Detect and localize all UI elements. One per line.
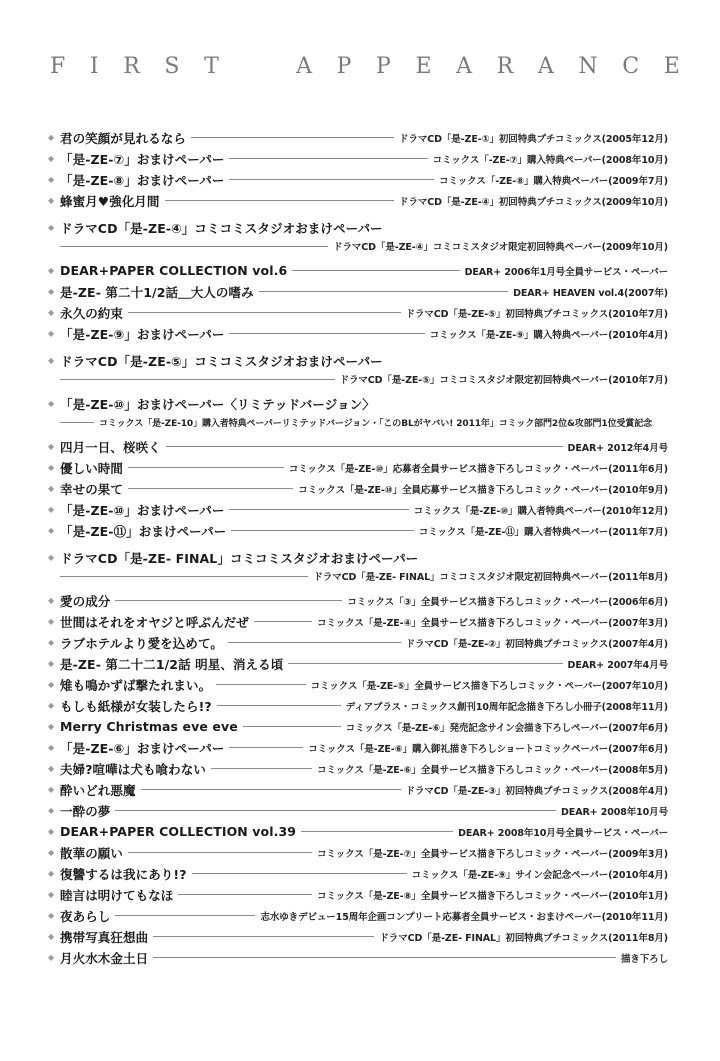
list-item: ◆君の笑顔が見れるならドラマCD「是-ZE-①」初回特典プチコミックス(2005… [48, 127, 668, 148]
list-item: ◆睦言は明けてもなほコミックス「是-ZE-⑧」全員サービス描き下ろしコミック・ペ… [48, 884, 668, 905]
leader-line [229, 747, 303, 748]
entry-source: ドラマCD「是-ZE-④」初回特典プチコミックス(2009年10月) [399, 194, 668, 208]
entry-source: ドラマCD「是-ZE-②」初回特典プチコミックス(2007年4月) [406, 636, 668, 650]
entry-row: ◆「是-ZE-⑨」おまけペーパーコミックス「是-ZE-⑨」購入特典ペーパー(20… [48, 323, 668, 344]
entry-row: ◆酔いどれ悪魔ドラマCD「是-ZE-③」初回特典プチコミックス(2008年4月) [48, 779, 668, 800]
diamond-bullet-icon: ◆ [48, 702, 60, 710]
list-item: ◆酔いどれ悪魔ドラマCD「是-ZE-③」初回特典プチコミックス(2008年4月) [48, 779, 668, 800]
diamond-bullet-icon: ◆ [48, 309, 60, 317]
list-item: ◆「是-ZE-⑨」おまけペーパーコミックス「是-ZE-⑨」購入特典ペーパー(20… [48, 323, 668, 344]
entry-row: ◆復讐するは我にあり!?コミックス「是-ZE-⑨」サイン会記念ペーパー(2010… [48, 863, 668, 884]
entry-row: ◆「是-ZE-⑪」おまけペーパーコミックス「是-ZE-⑪」購入者特典ペーパー(2… [48, 520, 668, 541]
entry-title: 優しい時間 [60, 459, 123, 477]
entry-source: ドラマCD「是-ZE-⑤」コミコミスタジオ限定初回特典ペーパー(2010年7月) [340, 372, 668, 386]
list-item: ◆世間はそれをオヤジと呼ぶんだぜコミックス「是-ZE-④」全員サービス描き下ろし… [48, 611, 668, 632]
entry-row: ◆携帯写真狂想曲ドラマCD「是-ZE- FINAL」初回特典プチコミックス(20… [48, 926, 668, 947]
list-item: ◆Merry Christmas eve eveコミックス「是-ZE-⑥」発売記… [48, 716, 668, 737]
first-appearance-list: ◆君の笑顔が見れるならドラマCD「是-ZE-①」初回特典プチコミックス(2005… [48, 127, 668, 968]
leader-line [128, 467, 284, 468]
entry-source: 志水ゆきデビュー15周年企画コンプリート応募者全員サービス・おまけペーパー(20… [260, 909, 668, 923]
entry-title-row: ◆「是-ZE-⑩」おまけペーパー〈リミテッドバージョン〉 [48, 393, 668, 414]
list-item: ◆蜂蜜月♥強化月間ドラマCD「是-ZE-④」初回特典プチコミックス(2009年1… [48, 190, 668, 211]
leader-line [231, 530, 414, 531]
leader-line [153, 936, 374, 937]
list-item: ◆「是-ZE-⑥」おまけペーパーコミックス「是-ZE-⑥」購入御礼描き下ろしショ… [48, 737, 668, 758]
entry-title: 「是-ZE-⑩」おまけペーパー〈リミテッドバージョン〉 [60, 395, 375, 413]
leader-line [115, 810, 556, 811]
entry-title: 「是-ZE-⑩」おまけペーパー [60, 501, 224, 519]
title-letter: I [90, 54, 99, 79]
entry-title: 「是-ZE-⑦」おまけペーパー [60, 150, 224, 168]
list-item: ◆是-ZE- 第二十1/2話＿大人の嗜みDEAR+ HEAVEN vol.4(2… [48, 281, 668, 302]
entry-source: ドラマCD「是-ZE-⑤」初回特典プチコミックス(2010年7月) [406, 306, 668, 320]
list-item: ◆一酔の夢DEAR+ 2008年10月号 [48, 800, 668, 821]
entry-source: ドラマCD「是-ZE-①」初回特典プチコミックス(2005年12月) [399, 131, 668, 145]
title-letter: E [415, 54, 431, 79]
diamond-bullet-icon: ◆ [48, 224, 60, 232]
entry-source: コミックス「是-ZE-⑦」全員サービス描き下ろしコミック・ペーパー(2009年3… [317, 846, 668, 860]
diamond-bullet-icon: ◆ [48, 744, 60, 752]
entry-row: ◆夫婦?喧嘩は犬も喰わないコミックス「是-ZE-⑥」全員サービス描き下ろしコミッ… [48, 758, 668, 779]
entry-title: 「是-ZE-⑥」おまけペーパー [60, 739, 224, 757]
entry-source: DEAR+ 2008年10月号 [561, 804, 668, 818]
entry-source: ドラマCD「是-ZE- FINAL」コミコミスタジオ限定初回特典ペーパー(201… [313, 569, 668, 583]
title-letter: C [622, 54, 639, 79]
entry-source: コミックス「是-ZE-⑩」購入者特典ペーパー(2010年12月) [414, 503, 668, 517]
list-item: ◆月火水木金土日描き下ろし [48, 947, 668, 968]
entry-title: ドラマCD「是-ZE- FINAL」コミコミスタジオおまけペーパー [60, 549, 418, 567]
entry-source: DEAR+ 2008年10月号全員サービス・ペーパー [458, 825, 668, 839]
diamond-bullet-icon: ◆ [48, 618, 60, 626]
diamond-bullet-icon: ◆ [48, 870, 60, 878]
title-letter: N [578, 54, 597, 79]
entry-row: ◆夜あらし志水ゆきデビュー15周年企画コンプリート応募者全員サービス・おまけペー… [48, 905, 668, 926]
entry-row: ◆「是-ZE-⑧」おまけペーパーコミックス「-ZE-⑧」購入特典ペーパー(200… [48, 169, 668, 190]
entry-title: 酔いどれ悪魔 [60, 781, 136, 799]
leader-line [301, 831, 453, 832]
diamond-bullet-icon: ◆ [48, 786, 60, 794]
diamond-bullet-icon: ◆ [48, 400, 60, 408]
entry-source: コミックス「是-ZE-⑥」全員サービス描き下ろしコミック・ペーパー(2008年5… [317, 762, 668, 776]
entry-title: 四月一日、桜咲く [60, 438, 161, 456]
diamond-bullet-icon: ◆ [48, 912, 60, 920]
list-item: ◆DEAR+PAPER COLLECTION vol.39DEAR+ 2008年… [48, 821, 668, 842]
leader-line [254, 621, 312, 622]
entry-row: ◆是-ZE- 第二十1/2話＿大人の嗜みDEAR+ HEAVEN vol.4(2… [48, 281, 668, 302]
title-letter: E [664, 54, 680, 79]
list-item: ◆四月一日、桜咲くDEAR+ 2012年4月号 [48, 436, 668, 457]
diamond-bullet-icon: ◆ [48, 527, 60, 535]
list-item: ◆ドラマCD「是-ZE- FINAL」コミコミスタジオおまけペーパードラマCD「… [48, 547, 668, 584]
leader-line [259, 291, 508, 292]
leader-line [128, 312, 401, 313]
title-gap [243, 54, 271, 79]
title-letter: P [337, 54, 352, 79]
list-item: ◆「是-ZE-⑦」おまけペーパーコミックス「-ZE-⑦」購入特典ペーパー(200… [48, 148, 668, 169]
entry-source: コミックス「③」全員サービス描き下ろしコミック・ペーパー(2006年6月) [347, 594, 668, 608]
entry-row: ◆優しい時間コミックス「是-ZE-⑩」応募者全員サービス描き下ろしコミック・ペー… [48, 457, 668, 478]
entry-source: コミックス「是-ZE-⑪」購入者特典ペーパー(2011年7月) [419, 524, 668, 538]
entry-title: 睦言は明けてもなほ [60, 886, 173, 904]
entry-row: ◆DEAR+PAPER COLLECTION vol.39DEAR+ 2008年… [48, 821, 668, 842]
entry-title: 携帯写真狂想曲 [60, 928, 148, 946]
entry-source: コミックス「是-ZE-⑨」購入特典ペーパー(2010年4月) [430, 327, 668, 341]
leader-line [292, 270, 459, 271]
entry-title: もしも紙様が女装したら!? [60, 697, 212, 715]
entry-row: ◆蜂蜜月♥強化月間ドラマCD「是-ZE-④」初回特典プチコミックス(2009年1… [48, 190, 668, 211]
entry-title: 「是-ZE-⑨」おまけペーパー [60, 325, 224, 343]
entry-source: DEAR+ 2007年4月号 [568, 657, 668, 671]
list-item: ◆「是-ZE-⑩」おまけペーパー〈リミテッドバージョン〉コミックス「是-ZE-1… [48, 393, 668, 430]
entry-row: ◆Merry Christmas eve eveコミックス「是-ZE-⑥」発売記… [48, 716, 668, 737]
entry-source: コミックス「是-ZE-⑩」応募者全員サービス描き下ろしコミック・ペーパー(201… [289, 461, 668, 475]
diamond-bullet-icon: ◆ [48, 660, 60, 668]
entry-title-row: ◆ドラマCD「是-ZE-④」コミコミスタジオおまけペーパー [48, 217, 668, 238]
leader-line [60, 379, 335, 380]
title-letter: A [456, 54, 472, 79]
entry-row: ◆世間はそれをオヤジと呼ぶんだぜコミックス「是-ZE-④」全員サービス描き下ろし… [48, 611, 668, 632]
entry-source: コミックス「是-ZE-⑨」サイン会記念ペーパー(2010年4月) [412, 867, 668, 881]
leader-line [60, 422, 94, 423]
entry-title: 蜂蜜月♥強化月間 [60, 192, 160, 210]
entry-source: ディアプラス・コミックス創刊10周年記念描き下ろし小冊子(2008年11月) [346, 699, 668, 713]
list-item: ◆携帯写真狂想曲ドラマCD「是-ZE- FINAL」初回特典プチコミックス(20… [48, 926, 668, 947]
entry-title: 復讐するは我にあり!? [60, 865, 187, 883]
entry-row: ◆君の笑顔が見れるならドラマCD「是-ZE-①」初回特典プチコミックス(2005… [48, 127, 668, 148]
diamond-bullet-icon: ◆ [48, 597, 60, 605]
leader-line [243, 726, 341, 727]
title-letter: P [376, 54, 391, 79]
entry-title: 「是-ZE-⑧」おまけペーパー [60, 171, 224, 189]
entry-source: コミックス「是-ZE-10」購入者特典ペーパーリミテッドバージョン・「このBLが… [99, 416, 652, 429]
entry-source: ドラマCD「是-ZE-③」初回特典プチコミックス(2008年4月) [406, 783, 668, 797]
entry-source: コミックス「是-ZE-④」全員サービス描き下ろしコミック・ペーパー(2007年3… [317, 615, 668, 629]
entry-title: 世間はそれをオヤジと呼ぶんだぜ [60, 613, 249, 631]
list-item: ◆雉も鳴かずば撃たれまい。コミックス「是-ZE-⑤」全員サービス描き下ろしコミッ… [48, 674, 668, 695]
leader-line [115, 915, 255, 916]
entry-title: 永久の約束 [60, 304, 123, 322]
diamond-bullet-icon: ◆ [48, 681, 60, 689]
leader-line [115, 600, 342, 601]
list-item: ◆ドラマCD「是-ZE-⑤」コミコミスタジオおまけペーパードラマCD「是-ZE-… [48, 350, 668, 387]
title-letter: T [204, 54, 219, 79]
diamond-bullet-icon: ◆ [48, 954, 60, 962]
list-item: ◆「是-ZE-⑧」おまけペーパーコミックス「-ZE-⑧」購入特典ペーパー(200… [48, 169, 668, 190]
entry-title: 愛の成分 [60, 592, 110, 610]
entry-source: DEAR+ 2012年4月号 [568, 440, 668, 454]
entry-source: DEAR+ HEAVEN vol.4(2007年) [513, 285, 668, 299]
list-item: ◆ラブホテルより愛を込めて。ドラマCD「是-ZE-②」初回特典プチコミックス(2… [48, 632, 668, 653]
leader-line [191, 137, 394, 138]
leader-line [211, 768, 312, 769]
title-letter: A [296, 54, 312, 79]
entry-source-row: ドラマCD「是-ZE-⑤」コミコミスタジオ限定初回特典ペーパー(2010年7月) [48, 371, 668, 387]
entry-row: ◆ラブホテルより愛を込めて。ドラマCD「是-ZE-②」初回特典プチコミックス(2… [48, 632, 668, 653]
list-item: ◆優しい時間コミックス「是-ZE-⑩」応募者全員サービス描き下ろしコミック・ペー… [48, 457, 668, 478]
entry-title: 夜あらし [60, 907, 110, 925]
diamond-bullet-icon: ◆ [48, 849, 60, 857]
diamond-bullet-icon: ◆ [48, 828, 60, 836]
entry-title: 一酔の夢 [60, 802, 110, 820]
entry-source: コミックス「是-ZE-⑥」発売記念サイン会描き下ろしペーパー(2007年6月) [346, 720, 668, 734]
entry-title: DEAR+PAPER COLLECTION vol.39 [60, 824, 296, 839]
entry-source: コミックス「是-ZE-⑥」購入御礼描き下ろしショートコミックペーパー(2007年… [308, 741, 668, 755]
diamond-bullet-icon: ◆ [48, 807, 60, 815]
entry-row: ◆もしも紙様が女装したら!?ディアプラス・コミックス創刊10周年記念描き下ろし小… [48, 695, 668, 716]
diamond-bullet-icon: ◆ [48, 639, 60, 647]
leader-line [60, 576, 308, 577]
entry-title: DEAR+PAPER COLLECTION vol.6 [60, 263, 287, 278]
diamond-bullet-icon: ◆ [48, 443, 60, 451]
leader-line [217, 705, 341, 706]
leader-line [229, 179, 434, 180]
entry-row: ◆睦言は明けてもなほコミックス「是-ZE-⑧」全員サービス描き下ろしコミック・ペ… [48, 884, 668, 905]
leader-line [216, 684, 305, 685]
list-item: ◆永久の約束ドラマCD「是-ZE-⑤」初回特典プチコミックス(2010年7月) [48, 302, 668, 323]
diamond-bullet-icon: ◆ [48, 765, 60, 773]
list-item: ◆ドラマCD「是-ZE-④」コミコミスタジオおまけペーパードラマCD「是-ZE-… [48, 217, 668, 254]
diamond-bullet-icon: ◆ [48, 288, 60, 296]
diamond-bullet-icon: ◆ [48, 485, 60, 493]
entry-title: Merry Christmas eve eve [60, 719, 238, 734]
title-letter: S [164, 54, 179, 79]
entry-source: コミックス「-ZE-⑦」購入特典ペーパー(2008年10月) [433, 152, 668, 166]
entry-title: ドラマCD「是-ZE-④」コミコミスタジオおまけペーパー [60, 219, 383, 237]
leader-line [288, 663, 562, 664]
entry-title-row: ◆ドラマCD「是-ZE- FINAL」コミコミスタジオおまけペーパー [48, 547, 668, 568]
diamond-bullet-icon: ◆ [48, 506, 60, 514]
entry-row: ◆「是-ZE-⑩」おまけペーパーコミックス「是-ZE-⑩」購入者特典ペーパー(2… [48, 499, 668, 520]
list-item: ◆もしも紙様が女装したら!?ディアプラス・コミックス創刊10周年記念描き下ろし小… [48, 695, 668, 716]
diamond-bullet-icon: ◆ [48, 357, 60, 365]
entry-title: 月火水木金土日 [60, 949, 148, 967]
entry-title: 幸せの果て [60, 480, 123, 498]
title-letter: F [50, 54, 65, 79]
entry-title: ラブホテルより愛を込めて。 [60, 634, 223, 652]
entry-title-row: ◆ドラマCD「是-ZE-⑤」コミコミスタジオおまけペーパー [48, 350, 668, 371]
diamond-bullet-icon: ◆ [48, 330, 60, 338]
list-item: ◆散華の願いコミックス「是-ZE-⑦」全員サービス描き下ろしコミック・ペーパー(… [48, 842, 668, 863]
list-item: ◆幸せの果てコミックス「是-ZE-⑩」全員応募サービス描き下ろしコミック・ペーパ… [48, 478, 668, 499]
leader-line [153, 957, 616, 958]
list-item: ◆夜あらし志水ゆきデビュー15周年企画コンプリート応募者全員サービス・おまけペー… [48, 905, 668, 926]
leader-line [166, 446, 563, 447]
diamond-bullet-icon: ◆ [48, 554, 60, 562]
diamond-bullet-icon: ◆ [48, 176, 60, 184]
entry-source: コミックス「是-ZE-⑤」全員サービス描き下ろしコミック・ペーパー(2007年1… [311, 678, 668, 692]
entry-title: 夫婦?喧嘩は犬も喰わない [60, 760, 206, 778]
diamond-bullet-icon: ◆ [48, 933, 60, 941]
entry-title: 是-ZE- 第二十二1/2話 明星、消える頃 [60, 655, 283, 673]
entry-row: ◆雉も鳴かずば撃たれまい。コミックス「是-ZE-⑤」全員サービス描き下ろしコミッ… [48, 674, 668, 695]
leader-line [60, 246, 328, 247]
entry-title: 是-ZE- 第二十1/2話＿大人の嗜み [60, 283, 254, 301]
diamond-bullet-icon: ◆ [48, 723, 60, 731]
diamond-bullet-icon: ◆ [48, 891, 60, 899]
list-item: ◆「是-ZE-⑩」おまけペーパーコミックス「是-ZE-⑩」購入者特典ペーパー(2… [48, 499, 668, 520]
leader-line [228, 642, 401, 643]
entry-row: ◆「是-ZE-⑥」おまけペーパーコミックス「是-ZE-⑥」購入御礼描き下ろしショ… [48, 737, 668, 758]
diamond-bullet-icon: ◆ [48, 267, 60, 275]
entry-source: DEAR+ 2006年1月号全員サービス・ペーパー [465, 264, 668, 278]
leader-line [141, 789, 401, 790]
entry-row: ◆是-ZE- 第二十二1/2話 明星、消える頃DEAR+ 2007年4月号 [48, 653, 668, 674]
entry-source-row: ドラマCD「是-ZE- FINAL」コミコミスタジオ限定初回特典ペーパー(201… [48, 568, 668, 584]
diamond-bullet-icon: ◆ [48, 155, 60, 163]
entry-row: ◆月火水木金土日描き下ろし [48, 947, 668, 968]
entry-source: ドラマCD「是-ZE-④」コミコミスタジオ限定初回特典ペーパー(2009年10月… [333, 239, 668, 253]
entry-row: ◆散華の願いコミックス「是-ZE-⑦」全員サービス描き下ろしコミック・ペーパー(… [48, 842, 668, 863]
page-title: F I R S T A P P E A R A N C E [50, 54, 680, 79]
entry-title: 散華の願い [60, 844, 123, 862]
diamond-bullet-icon: ◆ [48, 197, 60, 205]
entry-row: ◆四月一日、桜咲くDEAR+ 2012年4月号 [48, 436, 668, 457]
leader-line [229, 333, 424, 334]
entry-row: ◆幸せの果てコミックス「是-ZE-⑩」全員応募サービス描き下ろしコミック・ペーパ… [48, 478, 668, 499]
entry-row: ◆永久の約束ドラマCD「是-ZE-⑤」初回特典プチコミックス(2010年7月) [48, 302, 668, 323]
list-item: ◆愛の成分コミックス「③」全員サービス描き下ろしコミック・ペーパー(2006年6… [48, 590, 668, 611]
leader-line [128, 852, 312, 853]
leader-line [178, 894, 312, 895]
entry-source-row: コミックス「是-ZE-10」購入者特典ペーパーリミテッドバージョン・「このBLが… [48, 414, 668, 430]
entry-title: 雉も鳴かずば撃たれまい。 [60, 676, 211, 694]
list-item: ◆夫婦?喧嘩は犬も喰わないコミックス「是-ZE-⑥」全員サービス描き下ろしコミッ… [48, 758, 668, 779]
entry-row: ◆愛の成分コミックス「③」全員サービス描き下ろしコミック・ペーパー(2006年6… [48, 590, 668, 611]
entry-source: コミックス「是-ZE-⑩」全員応募サービス描き下ろしコミック・ペーパー(2010… [298, 482, 668, 496]
list-item: ◆DEAR+PAPER COLLECTION vol.6DEAR+ 2006年1… [48, 260, 668, 281]
entry-source: コミックス「-ZE-⑧」購入特典ペーパー(2009年7月) [439, 173, 668, 187]
entry-source: 描き下ろし [621, 951, 668, 965]
leader-line [229, 509, 408, 510]
leader-line [229, 158, 427, 159]
entry-title: ドラマCD「是-ZE-⑤」コミコミスタジオおまけペーパー [60, 352, 383, 370]
entry-source-row: ドラマCD「是-ZE-④」コミコミスタジオ限定初回特典ペーパー(2009年10月… [48, 238, 668, 254]
list-item: ◆「是-ZE-⑪」おまけペーパーコミックス「是-ZE-⑪」購入者特典ペーパー(2… [48, 520, 668, 541]
title-letter: R [497, 54, 514, 79]
entry-row: ◆「是-ZE-⑦」おまけペーパーコミックス「-ZE-⑦」購入特典ペーパー(200… [48, 148, 668, 169]
leader-line [192, 873, 407, 874]
list-item: ◆復讐するは我にあり!?コミックス「是-ZE-⑨」サイン会記念ペーパー(2010… [48, 863, 668, 884]
title-letter: R [123, 54, 140, 79]
leader-line [128, 488, 293, 489]
diamond-bullet-icon: ◆ [48, 134, 60, 142]
title-letter: A [538, 54, 554, 79]
diamond-bullet-icon: ◆ [48, 464, 60, 472]
entry-row: ◆DEAR+PAPER COLLECTION vol.6DEAR+ 2006年1… [48, 260, 668, 281]
leader-line [165, 200, 395, 201]
entry-title: 君の笑顔が見れるなら [60, 129, 186, 147]
list-item: ◆是-ZE- 第二十二1/2話 明星、消える頃DEAR+ 2007年4月号 [48, 653, 668, 674]
entry-source: ドラマCD「是-ZE- FINAL」初回特典プチコミックス(2011年8月) [379, 930, 668, 944]
entry-title: 「是-ZE-⑪」おまけペーパー [60, 522, 226, 540]
entry-source: コミックス「是-ZE-⑧」全員サービス描き下ろしコミック・ペーパー(2010年1… [317, 888, 668, 902]
entry-row: ◆一酔の夢DEAR+ 2008年10月号 [48, 800, 668, 821]
